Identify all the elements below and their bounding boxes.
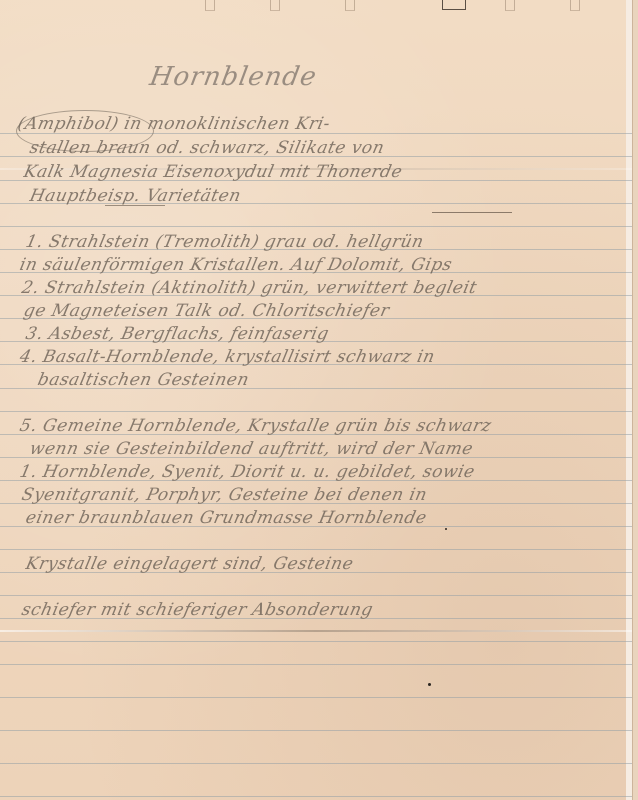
text-line: (Amphibol) in monoklinischen Kri- [16,114,620,134]
text-line: wenn sie Gesteinbildend auftritt, wird d… [28,439,632,459]
text-line: 5. Gemeine Hornblende, Krystalle grün bi… [18,416,622,436]
text-line: in säulenförmigen Kristallen. Auf Dolomi… [18,255,622,275]
text-line: ge Magneteisen Talk od. Chloritschiefer [22,301,626,321]
notebook-page: Hornblende (Amphibol) in monoklinischen … [0,0,633,800]
text-line: Kalk Magnesia Eisenoxydul mit Thonerde [22,162,626,182]
fold-crease [0,630,632,632]
page-title: Hornblende [147,62,319,92]
text-line: 2. Strahlstein (Aktinolith) grün, verwit… [20,278,624,298]
page-edge [626,0,632,800]
text-line: stallen braun od. schwarz, Silikate von [28,138,632,158]
text-line: 3. Asbest, Bergflachs, feinfaserig [24,324,628,344]
text-line: Krystalle eingelagert sind, Gesteine [24,554,628,574]
text-line: schiefer mit schieferiger Absonderung [20,600,624,620]
ink-dot [445,528,447,530]
text-line: 4. Basalt-Hornblende, krystallisirt schw… [18,347,622,367]
ink-underline [105,205,165,206]
text-line: 1. Strahlstein (Tremolith) grau od. hell… [24,232,628,252]
text-line: basaltischen Gesteinen [36,370,638,390]
text-line: Hauptbeisp. Varietäten [28,186,632,206]
perforated-top-edge [0,0,632,14]
text-line: einer braunblauen Grundmasse Hornblende [24,508,628,528]
text-line: 1. Hornblende, Syenit, Diorit u. u. gebi… [18,462,622,482]
ink-underline [432,212,512,213]
ink-dot [428,683,431,686]
text-line: Syenitgranit, Porphyr, Gesteine bei dene… [20,485,624,505]
